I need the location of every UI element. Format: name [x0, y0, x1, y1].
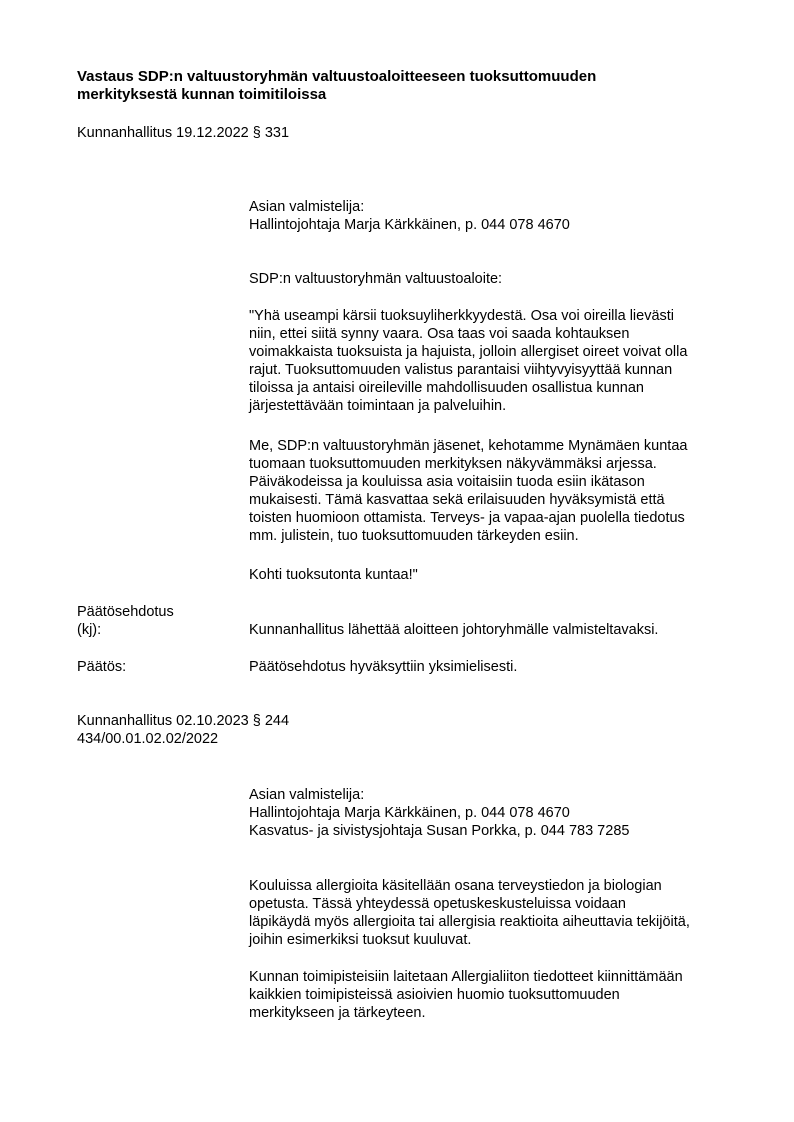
- title-line: merkityksestä kunnan toimitiloissa: [77, 86, 596, 104]
- title-line: Vastaus SDP:n valtuustoryhmän valtuustoa…: [77, 68, 596, 86]
- meeting2-body-paragraph-1: Kouluissa allergioita käsitellään osana …: [249, 877, 690, 949]
- meeting2-header-block: Kunnanhallitus 02.10.2023 § 244 434/00.0…: [77, 712, 289, 748]
- meeting2-header: Kunnanhallitus 02.10.2023 § 244: [77, 712, 289, 730]
- meeting1-preparer-block: Asian valmistelija: Hallintojohtaja Marj…: [249, 198, 570, 234]
- text-line: kaikkien toimipisteissä asioivien huomio…: [249, 986, 683, 1004]
- preparer-label: Asian valmistelija:: [249, 198, 570, 216]
- text-line: mukaisesti. Tämä kasvattaa sekä erilaisu…: [249, 491, 687, 509]
- text-line: järjestettävään toimintaan ja palveluihi…: [249, 397, 687, 415]
- meeting2-preparer-block: Asian valmistelija: Hallintojohtaja Marj…: [249, 786, 629, 840]
- text-line: merkitykseen ja tärkeyteen.: [249, 1004, 683, 1022]
- text-line: rajut. Tuoksuttomuuden valistus parantai…: [249, 361, 687, 379]
- proposal-label-line: (kj):: [77, 621, 174, 639]
- meeting1-header: Kunnanhallitus 19.12.2022 § 331: [77, 124, 289, 142]
- text-line: Me, SDP:n valtuustoryhmän jäsenet, kehot…: [249, 437, 687, 455]
- record-number: 434/00.01.02.02/2022: [77, 730, 289, 748]
- text-line: Kouluissa allergioita käsitellään osana …: [249, 877, 690, 895]
- decision-label: Päätös:: [77, 658, 126, 676]
- text-line: opetusta. Tässä yhteydessä opetuskeskust…: [249, 895, 690, 913]
- text-line: tuomaan tuoksuttomuuden merkityksen näky…: [249, 455, 687, 473]
- initiative-quote-closing: Kohti tuoksutonta kuntaa!": [249, 566, 418, 584]
- text-line: joihin esimerkiksi tuoksut kuuluvat.: [249, 931, 690, 949]
- text-line: "Yhä useampi kärsii tuoksuyliherkkyydest…: [249, 307, 687, 325]
- preparer-name: Hallintojohtaja Marja Kärkkäinen, p. 044…: [249, 216, 570, 234]
- text-line: mm. julistein, tuo tuoksuttomuuden tärke…: [249, 527, 687, 545]
- text-line: Kunnan toimipisteisiin laitetaan Allergi…: [249, 968, 683, 986]
- proposal-label-line: Päätösehdotus: [77, 603, 174, 621]
- text-line: toisten huomioon ottamista. Terveys- ja …: [249, 509, 687, 527]
- document-title: Vastaus SDP:n valtuustoryhmän valtuustoa…: [77, 68, 596, 104]
- initiative-quote-paragraph-2: Me, SDP:n valtuustoryhmän jäsenet, kehot…: [249, 437, 687, 545]
- text-line: läpikäydä myös allergioita tai allergisi…: [249, 913, 690, 931]
- text-line: voimakkaista tuoksuista ja hajuista, jol…: [249, 343, 687, 361]
- initiative-quote-paragraph-1: "Yhä useampi kärsii tuoksuyliherkkyydest…: [249, 307, 687, 415]
- meeting2-body-paragraph-2: Kunnan toimipisteisiin laitetaan Allergi…: [249, 968, 683, 1022]
- text-line: niin, ettei siitä synny vaara. Osa taas …: [249, 325, 687, 343]
- text-line: Päiväkodeissa ja kouluissa asia voitaisi…: [249, 473, 687, 491]
- preparer-name: Hallintojohtaja Marja Kärkkäinen, p. 044…: [249, 804, 629, 822]
- preparer-label: Asian valmistelija:: [249, 786, 629, 804]
- preparer-name: Kasvatus- ja sivistysjohtaja Susan Porkk…: [249, 822, 629, 840]
- initiative-label: SDP:n valtuustoryhmän valtuustoaloite:: [249, 270, 502, 288]
- text-line: tiloissa ja antaisi oireileville mahdoll…: [249, 379, 687, 397]
- proposal-text: Kunnanhallitus lähettää aloitteen johtor…: [249, 621, 658, 639]
- proposal-label: Päätösehdotus (kj):: [77, 603, 174, 639]
- decision-text: Päätösehdotus hyväksyttiin yksimielisest…: [249, 658, 517, 676]
